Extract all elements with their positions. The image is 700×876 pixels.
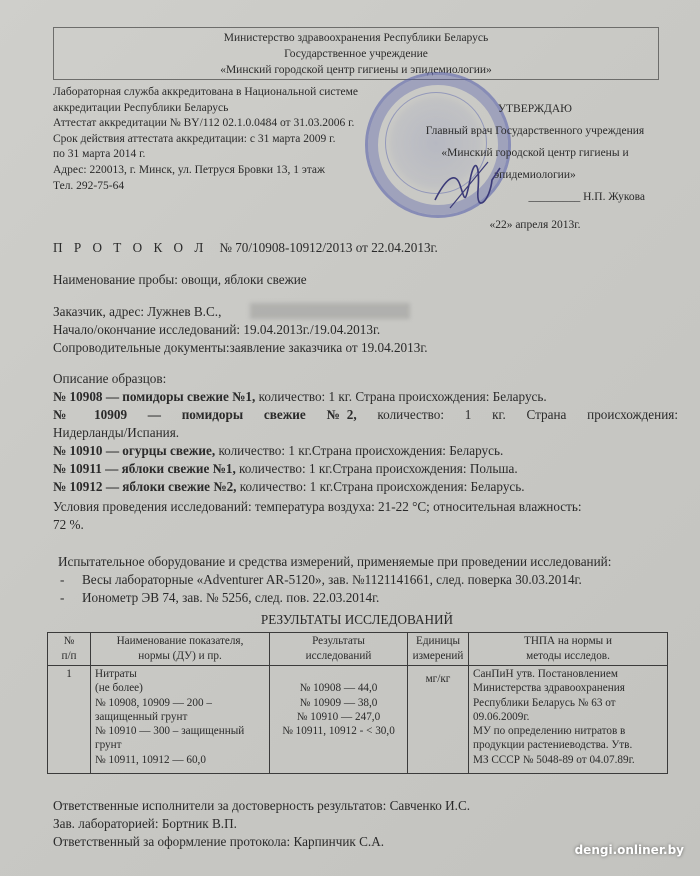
equipment-item-text: Ионометр ЭВ 74, зав. № 5256, след. пов. … <box>82 590 379 605</box>
sample-id: № 10908 — помидоры свежие №1, <box>53 389 255 404</box>
equipment-item-text: Весы лабораторные «Adventurer AR-5120», … <box>82 572 582 587</box>
sample-id: № 10909 — помидоры свежие №2, <box>53 407 357 422</box>
sample-id: № 10910 — огурцы свежие, <box>53 443 215 458</box>
protocol-label: П Р О Т О К О Л <box>53 240 207 255</box>
lab-phone: Тел. 292-75-64 <box>53 179 358 195</box>
approval-block: УТВЕРЖДАЮ Главный врач Государственного … <box>380 98 690 236</box>
cell-result: № 10908 — 44,0 № 10909 — 38,0 № 10910 — … <box>270 666 408 774</box>
sample-item: № 10909 — помидоры свежие №2, количество… <box>53 406 678 424</box>
approval-institution-cont: эпидемиологии» <box>380 164 690 186</box>
column-header-tnpa: ТНПА на нормы и методы исследов. <box>469 633 668 666</box>
approval-title: УТВЕРЖДАЮ <box>380 98 690 120</box>
equipment-block: Испытательное оборудование и средства из… <box>58 553 611 607</box>
equipment-heading: Испытательное оборудование и средства из… <box>58 553 611 571</box>
sample-id: № 10911 — яблоки свежие №1, <box>53 461 236 476</box>
accreditation-line: Лабораторная служба аккредитована в Наци… <box>53 85 358 101</box>
research-dates: Начало/окончание исследований: 19.04.201… <box>53 321 380 339</box>
approval-date: «22» апреля 2013г. <box>380 214 690 236</box>
ministry-header-box: Министерство здравоохранения Республики … <box>53 27 659 80</box>
sample-details: количество: 1 кг.Страна происхождения: П… <box>236 461 518 476</box>
cell-unit: мг/кг <box>408 666 469 774</box>
signature-icon <box>430 160 510 210</box>
bullet-dash: - <box>60 571 82 589</box>
column-header-units: Единицы измерений <box>408 633 469 666</box>
approval-position: Главный врач Государственного учреждения <box>380 120 690 142</box>
sample-name: Наименование пробы: овощи, яблоки свежие <box>53 271 307 289</box>
equipment-item: -Ионометр ЭВ 74, зав. № 5256, след. пов.… <box>58 589 611 607</box>
lab-address: Адрес: 220013, г. Минск, ул. Петруся Бро… <box>53 163 358 179</box>
conditions-line: Условия проведения исследований: темпера… <box>53 498 582 516</box>
institution-name: «Минский городской центр гигиены и эпиде… <box>54 62 658 78</box>
sample-item: № 10911 — яблоки свежие №1, количество: … <box>53 460 678 478</box>
institution-type: Государственное учреждение <box>54 46 658 62</box>
sample-id: № 10912 — яблоки свежие №2, <box>53 479 236 494</box>
sample-details: количество: 1 кг.Страна происхождения: Б… <box>215 443 503 458</box>
results-title: РЕЗУЛЬТАТЫ ИССЛЕДОВАНИЙ <box>47 612 667 628</box>
protocol-number: № 70/10908-10912/2013 от 22.04.2013г. <box>219 240 437 255</box>
protocol-title: П Р О Т О К О Л№ 70/10908-10912/2013 от … <box>53 239 438 257</box>
results-table: № п/п Наименование показателя, нормы (ДУ… <box>47 632 668 774</box>
conditions-humidity: 72 %. <box>53 516 582 534</box>
samples-heading: Описание образцов: <box>53 370 678 388</box>
signatures-block: Ответственные исполнители за достовернос… <box>53 797 470 851</box>
source-watermark: dengi.onliner.by <box>575 843 684 857</box>
protocol-author: Ответственный за оформление протокола: К… <box>53 833 470 851</box>
table-row: 1 Нитраты (не более) № 10908, 10909 — 20… <box>48 666 668 774</box>
sample-details: количество: 1 кг. Страна происхождения: <box>357 407 678 422</box>
samples-description: Описание образцов: № 10908 — помидоры св… <box>53 370 678 496</box>
sample-item: № 10912 — яблоки свежие №2, количество: … <box>53 478 678 496</box>
table-header-row: № п/п Наименование показателя, нормы (ДУ… <box>48 633 668 666</box>
customer-line: Заказчик, адрес: Лужнев В.С., <box>53 303 221 321</box>
accreditation-block: Лабораторная служба аккредитована в Наци… <box>53 85 358 194</box>
ministry-name: Министерство здравоохранения Республики … <box>54 30 658 46</box>
column-header-results: Результаты исследований <box>270 633 408 666</box>
cell-number: 1 <box>48 666 91 774</box>
research-conditions: Условия проведения исследований: темпера… <box>53 498 582 534</box>
sample-details: количество: 1 кг. Страна происхождения: … <box>255 389 546 404</box>
sample-item: № 10910 — огурцы свежие, количество: 1 к… <box>53 442 678 460</box>
accreditation-line: аккредитации Республики Беларусь <box>53 101 358 117</box>
sample-item: № 10908 — помидоры свежие №1, количество… <box>53 388 678 406</box>
accreditation-validity: Срок действия аттестата аккредитации: с … <box>53 132 358 148</box>
accreditation-certificate: Аттестат аккредитации № BY/112 02.1.0.04… <box>53 116 358 132</box>
sample-details: количество: 1 кг.Страна происхождения: Б… <box>236 479 524 494</box>
redacted-address <box>250 303 410 319</box>
equipment-item: -Весы лабораторные «Adventurer AR-5120»,… <box>58 571 611 589</box>
accompanying-documents: Сопроводительные документы:заявление зак… <box>53 339 428 357</box>
cell-indicator: Нитраты (не более) № 10908, 10909 — 200 … <box>91 666 270 774</box>
responsible-executors: Ответственные исполнители за достовернос… <box>53 797 470 815</box>
lab-head: Зав. лабораторией: Бортник В.П. <box>53 815 470 833</box>
approval-signatory: _________ Н.П. Жукова <box>380 186 690 208</box>
sample-item-cont: Нидерланды/Испания. <box>53 424 678 442</box>
bullet-dash: - <box>60 589 82 607</box>
column-header-number: № п/п <box>48 633 91 666</box>
column-header-indicator: Наименование показателя, нормы (ДУ) и пр… <box>91 633 270 666</box>
cell-tnpa: СанПиН утв. Постановлением Министерства … <box>469 666 668 774</box>
accreditation-validity-end: по 31 марта 2014 г. <box>53 147 358 163</box>
approval-institution: «Минский городской центр гигиены и <box>380 142 690 164</box>
